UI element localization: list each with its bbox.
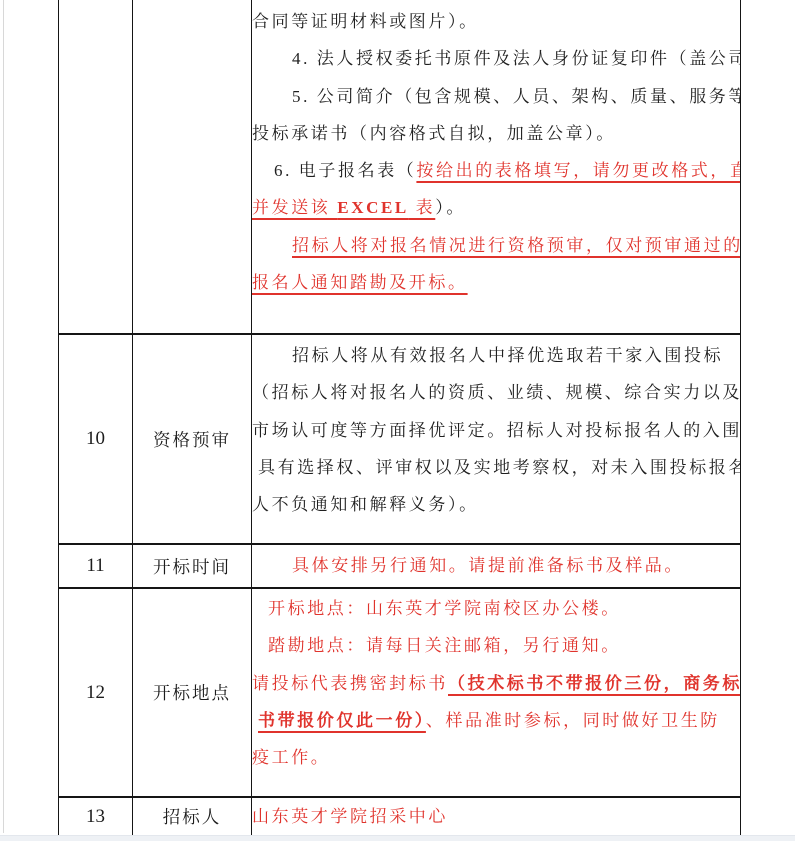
text-segment-highlight: 请投标代表携密封标书	[252, 674, 448, 693]
text-segment-highlight: 山东英才学院招采中心	[252, 807, 448, 826]
text-line: 招标人将对报名情况进行资格预审，仅对预审通过的	[252, 227, 740, 264]
text-line: 开标地点：山东英才学院南校区办公楼。	[252, 590, 740, 627]
text-line: （招标人将对报名人的资质、业绩、规模、综合实力以及	[252, 374, 740, 411]
text-line: 6. 电子报名表（按给出的表格填写，请勿更改格式，直接填写	[252, 152, 740, 189]
row-label-cell: 资格预审	[133, 334, 252, 544]
window-bottom-strip	[0, 835, 795, 841]
text-segment: 具有选择权、评审权以及实地考察权，对未入围投标报名	[258, 458, 741, 477]
text-line: 招标人将从有效报名人中择优选取若干家入围投标	[252, 337, 740, 374]
row-number-cell: 10	[59, 334, 133, 544]
text-segment-highlight: 疫工作。	[252, 748, 330, 767]
page-edge-line	[3, 0, 4, 833]
text-segment-highlight: 开标地点：山东英才学院南校区办公楼。	[268, 599, 621, 618]
text-segment: 合同等证明材料或图片）。	[252, 12, 479, 31]
text-segment: 4. 法人授权委托书原件及法人身份证复印件（盖公司章）。	[292, 49, 741, 68]
text-segment: 招标人将从有效报名人中择优选取若干家入围投标	[292, 346, 723, 365]
document-page: 合同等证明材料或图片）。 4. 法人授权委托书原件及法人身份证复印件（盖公司章）…	[0, 0, 795, 841]
text-segment: 6. 电子报名表（	[274, 161, 416, 180]
row-label-cell: 开标地点	[133, 588, 252, 797]
table-row-13: 13 招标人 山东英才学院招采中心	[59, 797, 741, 836]
tender-info-table: 合同等证明材料或图片）。 4. 法人授权委托书原件及法人身份证复印件（盖公司章）…	[58, 0, 741, 837]
row-number-cell: 12	[59, 588, 133, 797]
text-line: 投标承诺书（内容格式自拟，加盖公章）。	[252, 115, 740, 152]
row-content-cell: 山东英才学院招采中心	[252, 797, 741, 836]
text-line: 5. 公司简介（包含规模、人员、架构、质量、服务等方面），	[252, 78, 740, 115]
text-line: 报名人通知踏勘及开标。	[252, 264, 740, 301]
text-line: 书带报价仅此一份）、样品准时参标，同时做好卫生防	[252, 702, 740, 739]
text-line: 请投标代表携密封标书（技术标书不带报价三份，商务标	[252, 665, 740, 702]
text-segment-highlight: 报名人通知踏勘及开标。	[252, 273, 468, 292]
text-line: 市场认可度等方面择优评定。招标人对投标报名人的入围	[252, 412, 740, 449]
text-line: 合同等证明材料或图片）。	[252, 3, 740, 40]
text-segment-highlight: 具体安排另行通知。请提前准备标书及样品。	[292, 556, 684, 575]
text-line: 4. 法人授权委托书原件及法人身份证复印件（盖公司章）。	[252, 40, 740, 77]
text-segment: （招标人将对报名人的资质、业绩、规模、综合实力以及	[252, 383, 741, 402]
text-segment-highlight: 并发送该	[252, 198, 337, 217]
text-line: 山东英才学院招采中心	[252, 798, 740, 835]
text-segment-highlight-bold: EXCEL	[337, 198, 409, 217]
table-row-11: 11 开标时间 具体安排另行通知。请提前准备标书及样品。	[59, 544, 741, 588]
text-segment-highlight: 表	[409, 198, 435, 217]
text-segment: ）。	[435, 198, 466, 217]
row-number-cell: 11	[59, 544, 133, 588]
text-line: 人不负通知和解释义务）。	[252, 486, 740, 523]
text-segment: 5. 公司简介（包含规模、人员、架构、质量、服务等方面），	[292, 87, 741, 106]
row-content-cell: 招标人将从有效报名人中择优选取若干家入围投标 （招标人将对报名人的资质、业绩、规…	[252, 334, 741, 544]
row-number-cell: 13	[59, 797, 133, 836]
text-segment-highlight: 招标人将对报名情况进行资格预审，仅对预审通过的	[292, 236, 741, 255]
table-row-9-continuation: 合同等证明材料或图片）。 4. 法人授权委托书原件及法人身份证复印件（盖公司章）…	[59, 0, 741, 334]
text-segment-highlight-bold: （技术标书不带报价三份，商务标	[448, 674, 741, 693]
row-content-cell: 具体安排另行通知。请提前准备标书及样品。	[252, 544, 741, 588]
text-line: 具体安排另行通知。请提前准备标书及样品。	[252, 547, 740, 584]
text-segment: 投标承诺书（内容格式自拟，加盖公章）。	[252, 124, 616, 143]
row-content-cell: 开标地点：山东英才学院南校区办公楼。 踏勘地点：请每日关注邮箱，另行通知。 请投…	[252, 588, 741, 797]
text-segment-highlight: 按给出的表格填写，请勿更改格式，直接填写	[416, 161, 740, 180]
table-row-10: 10 资格预审 招标人将从有效报名人中择优选取若干家入围投标 （招标人将对报名人…	[59, 334, 741, 544]
text-line: 踏勘地点：请每日关注邮箱，另行通知。	[252, 627, 740, 664]
text-segment: 人不负通知和解释义务）。	[252, 495, 479, 514]
row-label-cell: 招标人	[133, 797, 252, 836]
row-label-cell: 开标时间	[133, 544, 252, 588]
text-segment: 市场认可度等方面择优评定。招标人对投标报名人的入围	[252, 421, 741, 440]
text-segment-highlight: 踏勘地点：请每日关注邮箱，另行通知。	[268, 636, 621, 655]
table-row-12: 12 开标地点 开标地点：山东英才学院南校区办公楼。 踏勘地点：请每日关注邮箱，…	[59, 588, 741, 797]
row-content-cell: 合同等证明材料或图片）。 4. 法人授权委托书原件及法人身份证复印件（盖公司章）…	[252, 0, 741, 334]
text-segment-highlight-bold: 书带报价仅此一份）	[258, 711, 426, 730]
row-label-cell	[133, 0, 252, 334]
text-segment-highlight: 、样品准时参标，同时做好卫生防	[426, 711, 720, 730]
text-line: 并发送该 EXCEL 表）。	[252, 189, 740, 226]
text-line: 具有选择权、评审权以及实地考察权，对未入围投标报名	[252, 449, 740, 486]
row-number-cell	[59, 0, 133, 334]
text-line: 疫工作。	[252, 739, 740, 776]
